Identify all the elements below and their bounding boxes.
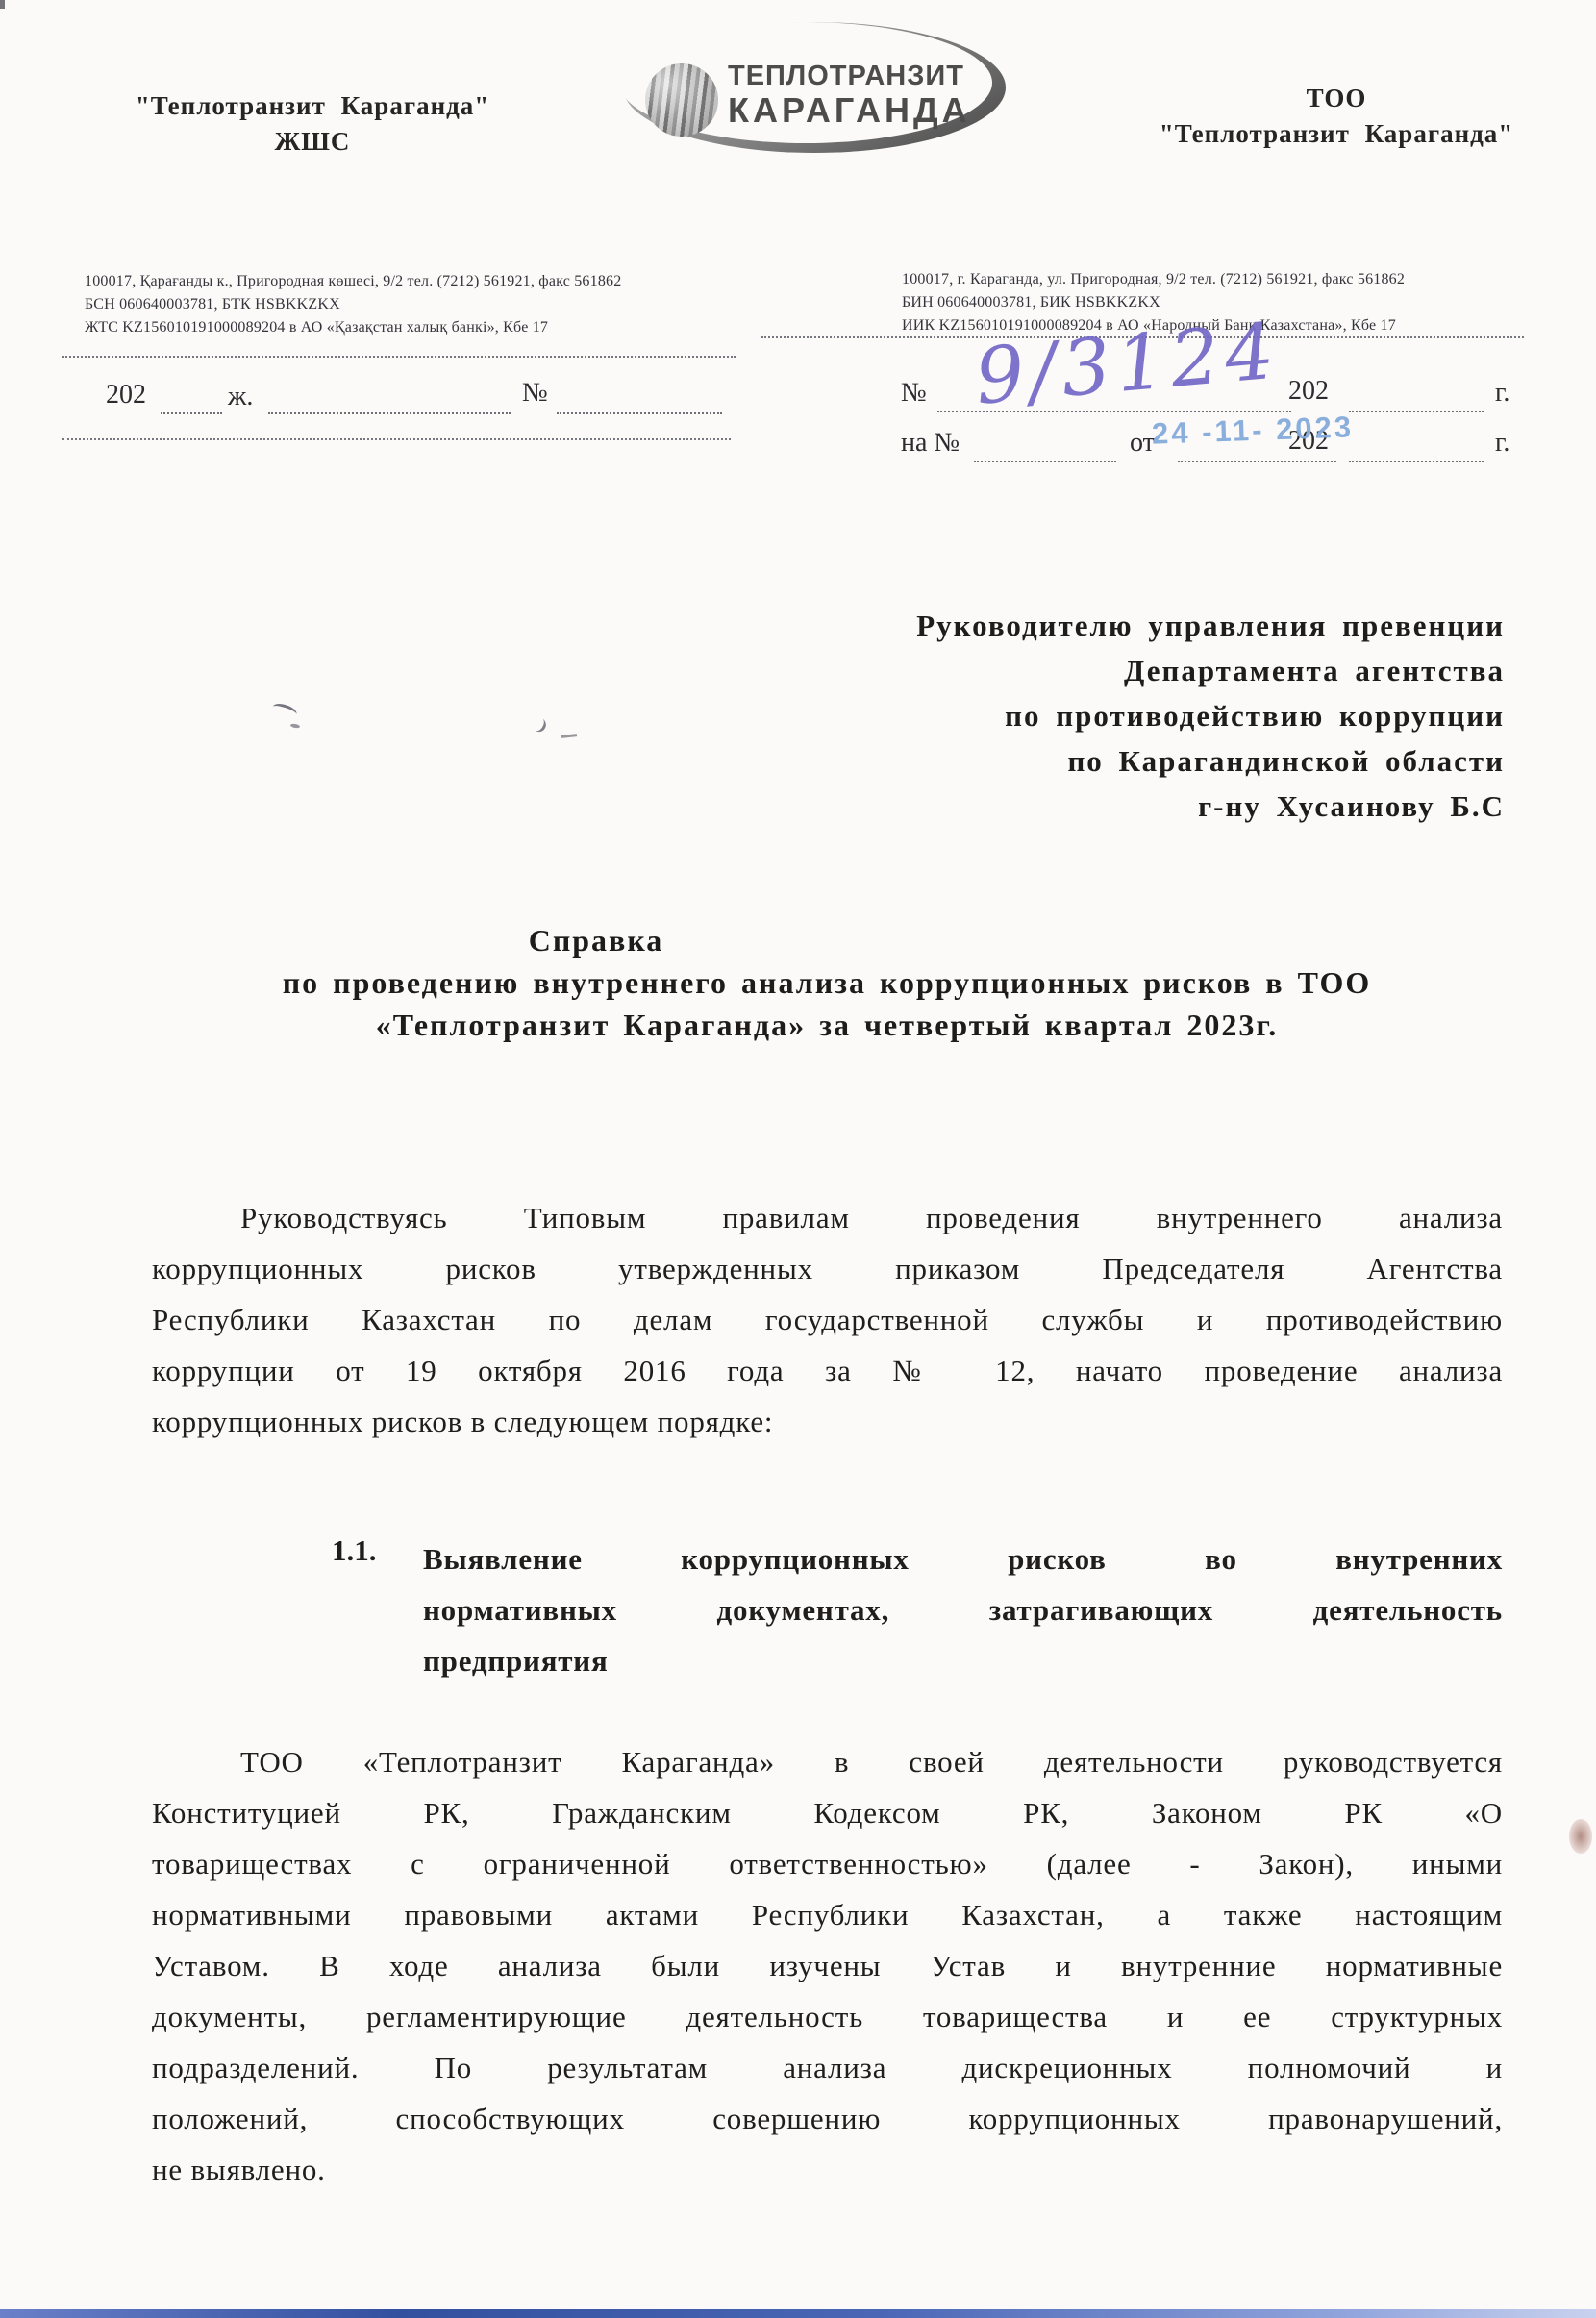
date-stamp: 24 -11- 2023 xyxy=(1151,410,1354,451)
left-year-blank xyxy=(161,412,222,414)
org-name-right: ТОО "Теплотранзит Караганда" xyxy=(1115,81,1558,152)
scanned-document-page: "Теплотранзит Караганда" ЖШС ТЕПЛОТРАНЗИ… xyxy=(0,0,1596,2318)
org-name-left-line2: ЖШС xyxy=(77,124,548,160)
org-name-left-line1: "Теплотранзит Караганда" xyxy=(77,88,548,124)
paragraph-2-line: товариществах с ограниченной ответственн… xyxy=(152,1838,1503,1889)
section-number: 1.1. xyxy=(332,1533,377,1568)
contacts-left-ids: БСН 060640003781, БТК HSBKKZKX xyxy=(85,293,815,316)
logo-text-line2: КАРАГАНДА xyxy=(728,91,971,130)
out-year-unit: г. xyxy=(1495,378,1509,409)
paragraph-1-line: коррупционных рисков в следующем порядке… xyxy=(152,1396,1503,1447)
addressee-block: Руководителю управления превенции Департ… xyxy=(769,603,1505,829)
ink-mark xyxy=(561,734,577,738)
paragraph-2-line: ТОО «Теплотранзит Караганда» в своей дея… xyxy=(152,1736,1503,1787)
paragraph-1-line: Руководствуясь Типовым правилам проведен… xyxy=(152,1192,1503,1243)
addressee-line5: г-ну Хусаинову Б.С xyxy=(769,784,1505,829)
paragraph-2-line: не выявлено. xyxy=(152,2144,1503,2195)
contacts-left-address: 100017, Қарағанды к., Пригородная көшесі… xyxy=(85,270,815,293)
paragraph-2-line: документы, регламентирующие деятельность… xyxy=(152,1991,1503,2042)
contacts-right-address: 100017, г. Караганда, ул. Пригородная, 9… xyxy=(902,268,1527,291)
in-year-unit: г. xyxy=(1495,428,1509,459)
scanner-edge-line xyxy=(0,2309,1596,2318)
paragraph-2-line: Уставом. В ходе анализа были изучены Уст… xyxy=(152,1940,1503,1991)
addressee-line1: Руководителю управления превенции xyxy=(769,603,1505,648)
paragraph-2-line: положений, способствующих совершению кор… xyxy=(152,2093,1503,2144)
section-heading-line: Выявление коррупционных рисков во внутре… xyxy=(423,1533,1503,1584)
left-number-blank xyxy=(557,412,722,414)
out-number-sign: № xyxy=(901,378,927,409)
section-heading: Выявление коррупционных рисков во внутре… xyxy=(423,1533,1503,1686)
left-year-unit: ж. xyxy=(228,382,253,412)
paragraph-1-line: коррупционных рисков утвержденных приказ… xyxy=(152,1243,1503,1294)
logo-text: ТЕПЛОТРАНЗИТ КАРАГАНДА xyxy=(728,62,971,130)
paper-smudge xyxy=(1569,1819,1592,1854)
in-reply-number-blank xyxy=(974,461,1116,462)
reference-form-left: 202 ж. № xyxy=(62,368,793,455)
org-name-right-line1: ТОО xyxy=(1115,81,1558,116)
scan-speck xyxy=(0,0,5,9)
addressee-line4: по Карагандинской области xyxy=(769,738,1505,784)
org-name-right-line2: "Теплотранзит Караганда" xyxy=(1115,116,1558,152)
section-heading-line: предприятия xyxy=(423,1635,1503,1686)
doc-title-line3: «Теплотранзит Караганда» за четвертый кв… xyxy=(144,1008,1509,1043)
paragraph-1-line: коррупции от 19 октября 2016 года за № 1… xyxy=(152,1345,1503,1396)
logo-text-line1: ТЕПЛОТРАНЗИТ xyxy=(728,62,971,91)
in-reply-from-label: от xyxy=(1130,428,1155,459)
paragraph-2-line: подразделений. По результатам анализа ди… xyxy=(152,2042,1503,2093)
paragraph-2-line: нормативными правовыми актами Республики… xyxy=(152,1889,1503,1940)
in-reply-label: на № xyxy=(901,428,960,459)
left-middle-blank xyxy=(268,412,511,414)
company-logo: ТЕПЛОТРАНЗИТ КАРАГАНДА xyxy=(620,19,1010,156)
ink-mark xyxy=(271,701,298,719)
contacts-left-bank: ЖТС KZ156010191000089204 в АО «Қазақстан… xyxy=(85,316,815,339)
out-year-prefix: 202 xyxy=(1288,376,1329,407)
paragraph-1: Руководствуясь Типовым правилам проведен… xyxy=(152,1192,1503,1447)
doc-title-word: Справка xyxy=(0,923,1192,959)
out-year-blank xyxy=(1349,411,1484,412)
in-reply-date-blank xyxy=(1178,461,1336,462)
ink-mark xyxy=(290,723,301,729)
org-name-left: "Теплотранзит Караганда" ЖШС xyxy=(77,88,548,160)
contacts-block-kazakh: 100017, Қарағанды к., Пригородная көшесі… xyxy=(85,270,815,339)
striped-globe-icon xyxy=(645,63,718,137)
left-number-sign: № xyxy=(522,378,548,409)
doc-title-line2: по проведению внутреннего анализа корруп… xyxy=(144,965,1509,1001)
ink-mark xyxy=(528,714,549,735)
left-year-prefix: 202 xyxy=(106,380,146,411)
addressee-line3: по противодействию коррупции xyxy=(769,693,1505,738)
paragraph-2: ТОО «Теплотранзит Караганда» в своей дея… xyxy=(152,1736,1503,2195)
in-year-blank xyxy=(1349,461,1484,462)
paragraph-2-line: Конституцией РК, Гражданским Кодексом РК… xyxy=(152,1787,1503,1838)
paragraph-1-line: Республики Казахстан по делам государств… xyxy=(152,1294,1503,1345)
addressee-line2: Департамента агентства xyxy=(769,648,1505,693)
section-heading-line: нормативных документах, затрагивающих де… xyxy=(423,1584,1503,1635)
divider-line-left-top xyxy=(62,356,736,358)
